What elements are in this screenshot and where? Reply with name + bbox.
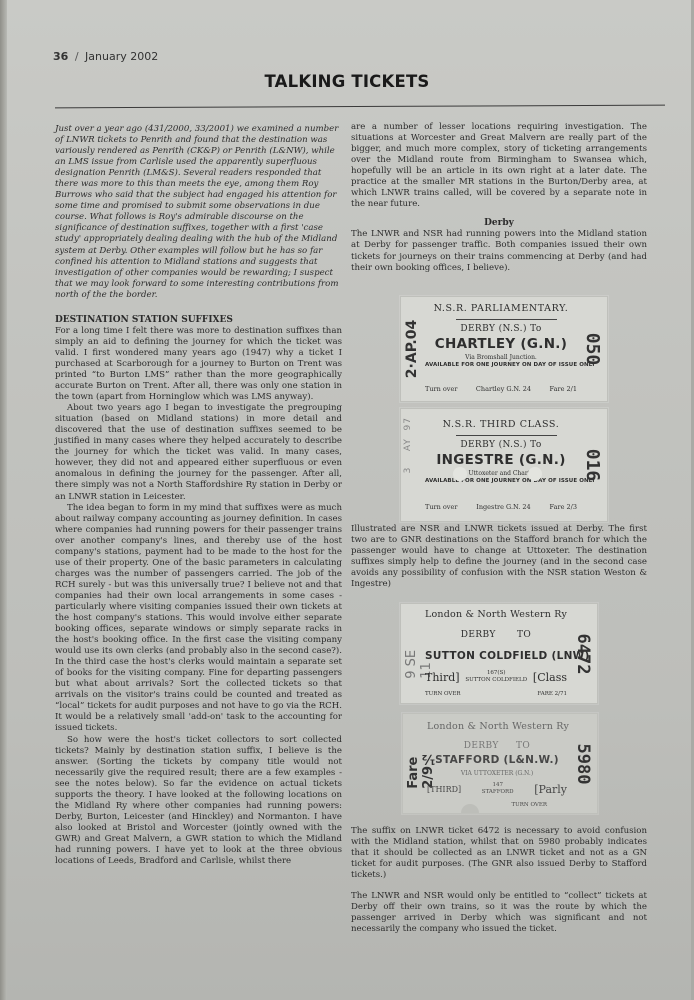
ticket-class-row: Third] 167(S)SUTTON COLDFIELD [Class (425, 670, 567, 684)
footer-right: FARE 2/71 (537, 691, 567, 697)
ticket-company: London & North Western Ry (427, 721, 567, 732)
ticket-sutton-coldfield: 9 SE 11 London & North Western Ry DERBY … (400, 603, 598, 704)
footer-mid: Ingestre G.N. 24 (476, 503, 530, 511)
ticket-destination: SUTTON COLDFIELD (LNW) (425, 650, 567, 662)
page-binding-edge (0, 0, 7, 1000)
body-paragraph: About two years ago I began to investiga… (55, 403, 342, 502)
separator: / (75, 50, 79, 63)
ticket-stafford: Fare 2/9½ London & North Western Ry DERB… (402, 713, 598, 814)
page-number: 36 (53, 50, 68, 63)
punch-hole (453, 467, 467, 481)
footer-right: TURN OVER (511, 802, 547, 808)
right-column-middle: Illustrated are NSR and LNWR tickets iss… (351, 524, 647, 590)
footer-right: Fare 2/3 (550, 503, 577, 511)
editor-intro: Just over a year ago (431/2000, 33/2001)… (55, 124, 342, 301)
class-mid: 167(S)SUTTON COLDFIELD (465, 670, 527, 684)
ticket-company: London & North Western Ry (425, 609, 567, 620)
footer-left: Turn over (425, 503, 457, 511)
ticket-origin: DERBY (N.S.) To (425, 324, 577, 334)
faded-date-stamp: 3 AY 97 (403, 417, 413, 473)
ticket-availability: AVAILABLE FOR ONE JOURNEY ON DAY OF ISSU… (425, 362, 577, 368)
right-column-bottom: The suffix on LNWR ticket 6472 is necess… (351, 826, 647, 935)
body-paragraph: So how were the host's ticket collectors… (55, 735, 342, 868)
subheading-derby: Derby (351, 218, 647, 229)
date-stamp: 2·AP.04 (404, 320, 420, 378)
class-left: [THIRD] (427, 785, 461, 794)
ticket-via: a Uttoxeter and Chartley (425, 470, 577, 477)
ticket-origin: DERBY TO (427, 741, 567, 751)
footer-left: TURN OVER (425, 691, 461, 697)
ticket-chartley: 2·AP.04 N.S.R. PARLIAMENTARY. DERBY (N.S… (400, 296, 608, 402)
suffix-paragraph: The suffix on LNWR ticket 6472 is necess… (351, 826, 647, 881)
ticket-number: 050 (582, 333, 603, 366)
ticket-footer: Turn over Ingestre G.N. 24 Fare 2/3 (425, 503, 577, 511)
right-column-top: are a number of lesser locations requiri… (351, 122, 647, 274)
ticket-destination: STAFFORD (L&N.W.) (427, 754, 567, 766)
illustrated-paragraph: Illustrated are NSR and LNWR tickets iss… (351, 524, 647, 590)
ticket-rule (456, 319, 557, 320)
derby-paragraph: The LNWR and NSR had running powers into… (351, 229, 647, 273)
class-left: Third] (425, 671, 460, 684)
footer-right: Fare 2/1 (550, 385, 577, 393)
class-right: [Parly (534, 783, 567, 796)
ticket-company: N.S.R. THIRD CLASS. (425, 419, 577, 430)
fare-code: 167(S) (487, 670, 506, 676)
destination-code: SUTTON COLDFIELD (465, 677, 527, 683)
ticket-ingestre: 3 AY 97 N.S.R. THIRD CLASS. DERBY (N.S.)… (400, 408, 608, 522)
ticket-via: VIA UTTOXETER (G.N.) (427, 770, 567, 777)
footer-mid: Chartley G.N. 24 (476, 385, 531, 393)
ticket-number: 6472 (573, 633, 593, 674)
class-mid: 147STAFFORD (482, 782, 514, 796)
collect-paragraph: The LNWR and NSR would only be entitled … (351, 891, 647, 935)
continuation-paragraph: are a number of lesser locations requiri… (351, 122, 647, 210)
ticket-availability: AVAILABLE FOR ONE JOURNEY ON DAY OF ISSU… (425, 478, 577, 484)
section-heading: DESTINATION STATION SUFFIXES (55, 315, 342, 326)
body-paragraph: The idea began to form in my mind that s… (55, 503, 342, 735)
ticket-company: N.S.R. PARLIAMENTARY. (425, 303, 577, 314)
ticket-rule (456, 435, 557, 436)
page-title: TALKING TICKETS (0, 72, 694, 91)
title-rule (55, 105, 665, 109)
ticket-footer: TURN OVER FARE 2/71 (425, 691, 567, 697)
ticket-class-row: [THIRD] 147STAFFORD [Parly (427, 782, 567, 796)
left-column: Just over a year ago (431/2000, 33/2001)… (55, 124, 342, 867)
class-right: [Class (533, 671, 567, 684)
punch-hole (528, 467, 542, 481)
footer-left: Turn over (425, 385, 457, 393)
fare-code: 147 (492, 782, 503, 788)
body-paragraph: For a long time I felt there was more to… (55, 326, 342, 403)
ticket-origin: DERBY TO (425, 630, 567, 640)
running-head: 36 / January 2002 (53, 50, 158, 63)
destination-code: STAFFORD (482, 789, 514, 795)
ticket-origin: DERBY (N.S.) To (425, 440, 577, 450)
ticket-footer: TURN OVER (427, 802, 567, 808)
ticket-destination: CHARTLEY (G.N.) (425, 336, 577, 352)
ticket-number: 016 (582, 449, 603, 482)
ticket-via: Via Bromshall Junction. (425, 354, 577, 361)
ticket-number: 5980 (573, 743, 593, 784)
issue-date: January 2002 (85, 50, 158, 63)
ticket-footer: Turn over Chartley G.N. 24 Fare 2/1 (425, 385, 577, 393)
ticket-destination: INGESTRE (G.N.) (425, 452, 577, 468)
